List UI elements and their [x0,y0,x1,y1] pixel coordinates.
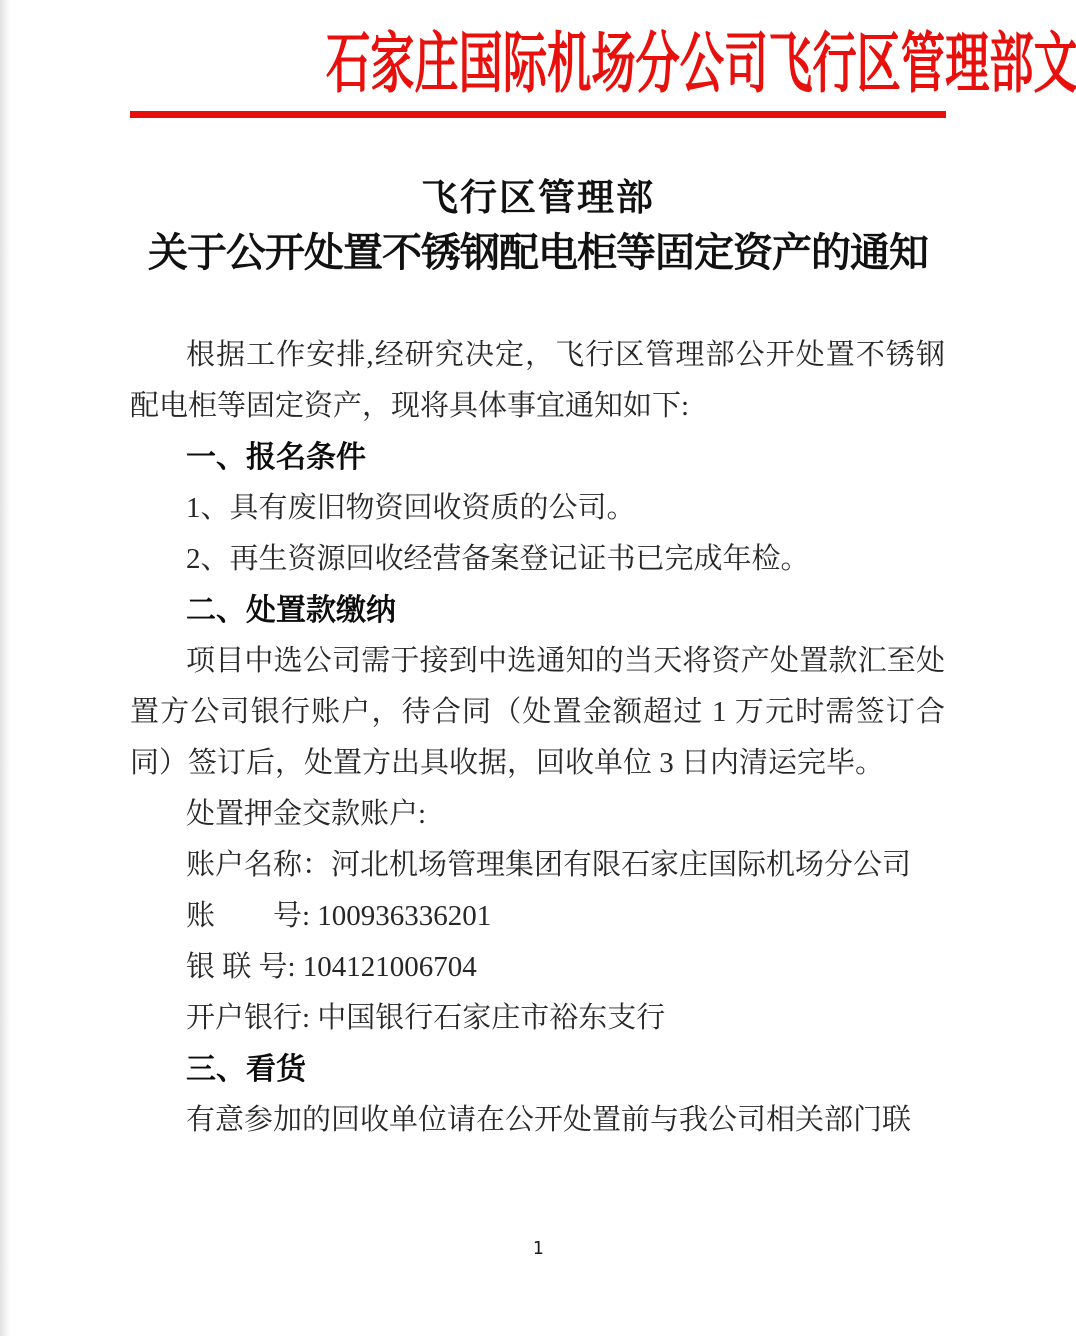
deposit-account-label: 处置押金交款账户: [130,789,945,840]
document-title: 飞行区管理部 关于公开处置不锈钢配电柜等固定资产的通知 [0,174,1076,282]
unionpay-number-line: 银 联 号: 104121006704 [130,942,945,993]
banner-title: 石家庄国际机场分公司飞行区管理部文件 [326,22,1076,108]
section1-heading: 一、报名条件 [130,432,945,483]
account-name-line: 账户名称：河北机场管理集团有限石家庄国际机场分公司 [130,840,945,891]
document-page: { "document": { "banner": { "text": "石家庄… [0,0,1076,1336]
title-line-1: 飞行区管理部 [0,174,1076,224]
banner-divider [130,111,946,118]
section2-heading: 二、处置款缴纳 [130,585,945,636]
document-banner: 石家庄国际机场分公司飞行区管理部文件 [130,0,946,108]
account-number-line: 账 号: 100936336201 [130,891,945,942]
bank-line: 开户银行: 中国银行石家庄市裕东支行 [130,993,945,1044]
document-body: 根据工作安排,经研究决定，飞行区管理部公开处置不锈钢配电柜等固定资产，现将具体事… [130,330,945,1146]
intro-paragraph: 根据工作安排,经研究决定，飞行区管理部公开处置不锈钢配电柜等固定资产，现将具体事… [130,330,945,432]
section1-item-2: 2、再生资源回收经营备案登记证书已完成年检。 [130,534,945,585]
section3-paragraph: 有意参加的回收单位请在公开处置前与我公司相关部门联 [130,1095,945,1146]
section2-paragraph: 项目中选公司需于接到中选通知的当天将资产处置款汇至处置方公司银行账户，待合同（处… [130,636,945,789]
page-number: 1 [0,1238,1076,1259]
section1-item-1: 1、具有废旧物资回收资质的公司。 [130,483,945,534]
section3-heading: 三、看货 [130,1044,945,1095]
title-line-2: 关于公开处置不锈钢配电柜等固定资产的通知 [0,224,1076,282]
